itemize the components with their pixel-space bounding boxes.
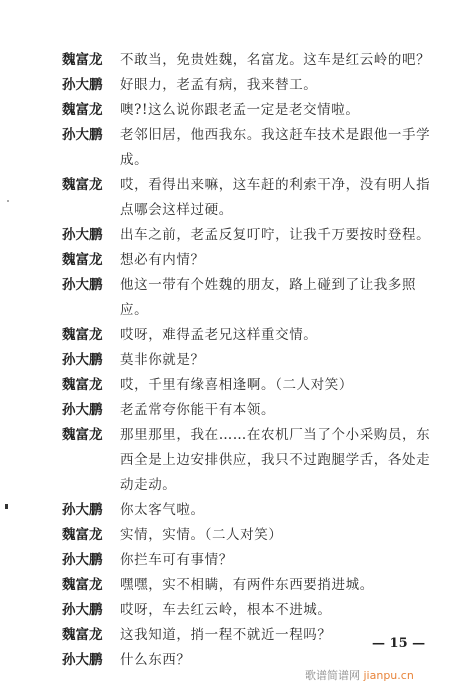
- dialogue-text: 哎，看得出来嘛，这车赶的利索干净，没有明人指: [120, 173, 430, 198]
- speaker-name: 魏富龙: [62, 48, 118, 73]
- speaker-name: 孙大鹏: [62, 273, 118, 298]
- dialogue-text: 他这一带有个姓魏的朋友，路上碰到了让我多照: [120, 273, 416, 298]
- scan-artifact: [7, 200, 9, 202]
- dialogue-line: 孙大鹏出车之前，老孟反复叮咛，让我千万要按时登程。: [62, 223, 442, 248]
- dialogue-line: 魏富龙哎，看得出来嘛，这车赶的利索干净，没有明人指: [62, 173, 442, 198]
- dialogue-line: 魏富龙想必有内情？: [62, 248, 442, 273]
- speaker-name: 魏富龙: [62, 623, 118, 648]
- dialogue-text: 动走动。: [120, 473, 176, 498]
- dialogue-continuation: 点哪会这样过硬。: [62, 198, 442, 223]
- speaker-name: 孙大鹏: [62, 398, 118, 423]
- dialogue-text: 实情，实情。（二人对笑）: [120, 523, 282, 548]
- dialogue-text: 点哪会这样过硬。: [120, 198, 233, 223]
- speaker-name: 孙大鹏: [62, 223, 118, 248]
- dialogue-line: 魏富龙嘿嘿，实不相瞒，有两件东西要捎进城。: [62, 573, 442, 598]
- dialogue-line: 孙大鹏老邻旧居，他西我东。我这赶车技术是跟他一手学: [62, 123, 442, 148]
- dialogue-text: 哎呀，难得孟老兄这样重交情。: [120, 323, 317, 348]
- dialogue-line: 孙大鹏你太客气啦。: [62, 498, 442, 523]
- speaker-name: 魏富龙: [62, 173, 118, 198]
- speaker-name: 孙大鹏: [62, 498, 118, 523]
- dialogue-text: 噢?!这么说你跟老孟一定是老交情啦。: [120, 98, 359, 123]
- dialogue-text: 应。: [120, 298, 148, 323]
- dialogue-line: 孙大鹏你拦车可有事情？: [62, 548, 442, 573]
- dialogue-text: 什么东西？: [120, 648, 191, 673]
- dialogue-text: 这我知道，捎一程不就近一程吗？: [120, 623, 332, 648]
- dialogue-text: 好眼力，老孟有病，我来替工。: [120, 73, 317, 98]
- dialogue-continuation: 成。: [62, 148, 442, 173]
- dialogue-line: 魏富龙噢?!这么说你跟老孟一定是老交情啦。: [62, 98, 442, 123]
- dialogue-text: 成。: [120, 148, 148, 173]
- dialogue-text: 莫非你就是？: [120, 348, 205, 373]
- speaker-name: 魏富龙: [62, 423, 118, 448]
- dialogue-text: 那里那里，我在……在农机厂当了个小采购员，东: [120, 423, 430, 448]
- dialogue-line: 孙大鹏好眼力，老孟有病，我来替工。: [62, 73, 442, 98]
- dialogue-line: 魏富龙实情，实情。（二人对笑）: [62, 523, 442, 548]
- dialogue-text: 西全是上边安排供应，我只不过跑腿学舌，各处走: [120, 448, 430, 473]
- scan-artifact: [5, 504, 8, 509]
- dialogue-text: 哎呀，车去红云岭，根本不进城。: [120, 598, 332, 623]
- dialogue-line: 孙大鹏莫非你就是？: [62, 348, 442, 373]
- dialogue-line: 孙大鹏他这一带有个姓魏的朋友，路上碰到了让我多照: [62, 273, 442, 298]
- speaker-name: 孙大鹏: [62, 73, 118, 98]
- dialogue-text: 老孟常夸你能干有本领。: [120, 398, 275, 423]
- speaker-name: 孙大鹏: [62, 348, 118, 373]
- dialogue-line: 孙大鹏老孟常夸你能干有本领。: [62, 398, 442, 423]
- speaker-name: 孙大鹏: [62, 648, 118, 673]
- speaker-name: 魏富龙: [62, 323, 118, 348]
- dialogue-continuation: 动走动。: [62, 473, 442, 498]
- dialogue-continuation: 应。: [62, 298, 442, 323]
- watermark-url: jianpu.cn: [364, 669, 414, 682]
- dialogue-text: 想必有内情？: [120, 248, 205, 273]
- dialogue-line: 魏富龙哎，千里有缘喜相逢啊。（二人对笑）: [62, 373, 442, 398]
- dialogue-text: 你拦车可有事情？: [120, 548, 233, 573]
- speaker-name: 孙大鹏: [62, 598, 118, 623]
- dialogue-text: 哎，千里有缘喜相逢啊。（二人对笑）: [120, 373, 353, 398]
- script-dialogue: 魏富龙不敢当，免贵姓魏，名富龙。这车是红云岭的吧？ 孙大鹏好眼力，老孟有病，我来…: [62, 48, 442, 673]
- speaker-name: 魏富龙: [62, 373, 118, 398]
- speaker-name: 魏富龙: [62, 523, 118, 548]
- dialogue-line: 魏富龙那里那里，我在……在农机厂当了个小采购员，东: [62, 423, 442, 448]
- dialogue-text: 你太客气啦。: [120, 498, 205, 523]
- speaker-name: 魏富龙: [62, 248, 118, 273]
- page-number: — 15 —: [372, 636, 425, 651]
- dialogue-text: 老邻旧居，他西我东。我这赶车技术是跟他一手学: [120, 123, 430, 148]
- dialogue-line: 魏富龙哎呀，难得孟老兄这样重交情。: [62, 323, 442, 348]
- dialogue-continuation: 西全是上边安排供应，我只不过跑腿学舌，各处走: [62, 448, 442, 473]
- speaker-name: 孙大鹏: [62, 123, 118, 148]
- speaker-name: 孙大鹏: [62, 548, 118, 573]
- watermark: 歌谱简谱网 jianpu.cn: [305, 667, 414, 683]
- dialogue-line: 孙大鹏哎呀，车去红云岭，根本不进城。: [62, 598, 442, 623]
- scanned-page: 魏富龙不敢当，免贵姓魏，名富龙。这车是红云岭的吧？ 孙大鹏好眼力，老孟有病，我来…: [0, 0, 456, 690]
- speaker-name: 魏富龙: [62, 98, 118, 123]
- dialogue-text: 嘿嘿，实不相瞒，有两件东西要捎进城。: [120, 573, 374, 598]
- speaker-name: 魏富龙: [62, 573, 118, 598]
- dialogue-text: 出车之前，老孟反复叮咛，让我千万要按时登程。: [120, 223, 430, 248]
- dialogue-text: 不敢当，免贵姓魏，名富龙。这车是红云岭的吧？: [120, 48, 430, 73]
- watermark-site-name: 歌谱简谱网: [305, 669, 360, 682]
- dialogue-line: 魏富龙不敢当，免贵姓魏，名富龙。这车是红云岭的吧？: [62, 48, 442, 73]
